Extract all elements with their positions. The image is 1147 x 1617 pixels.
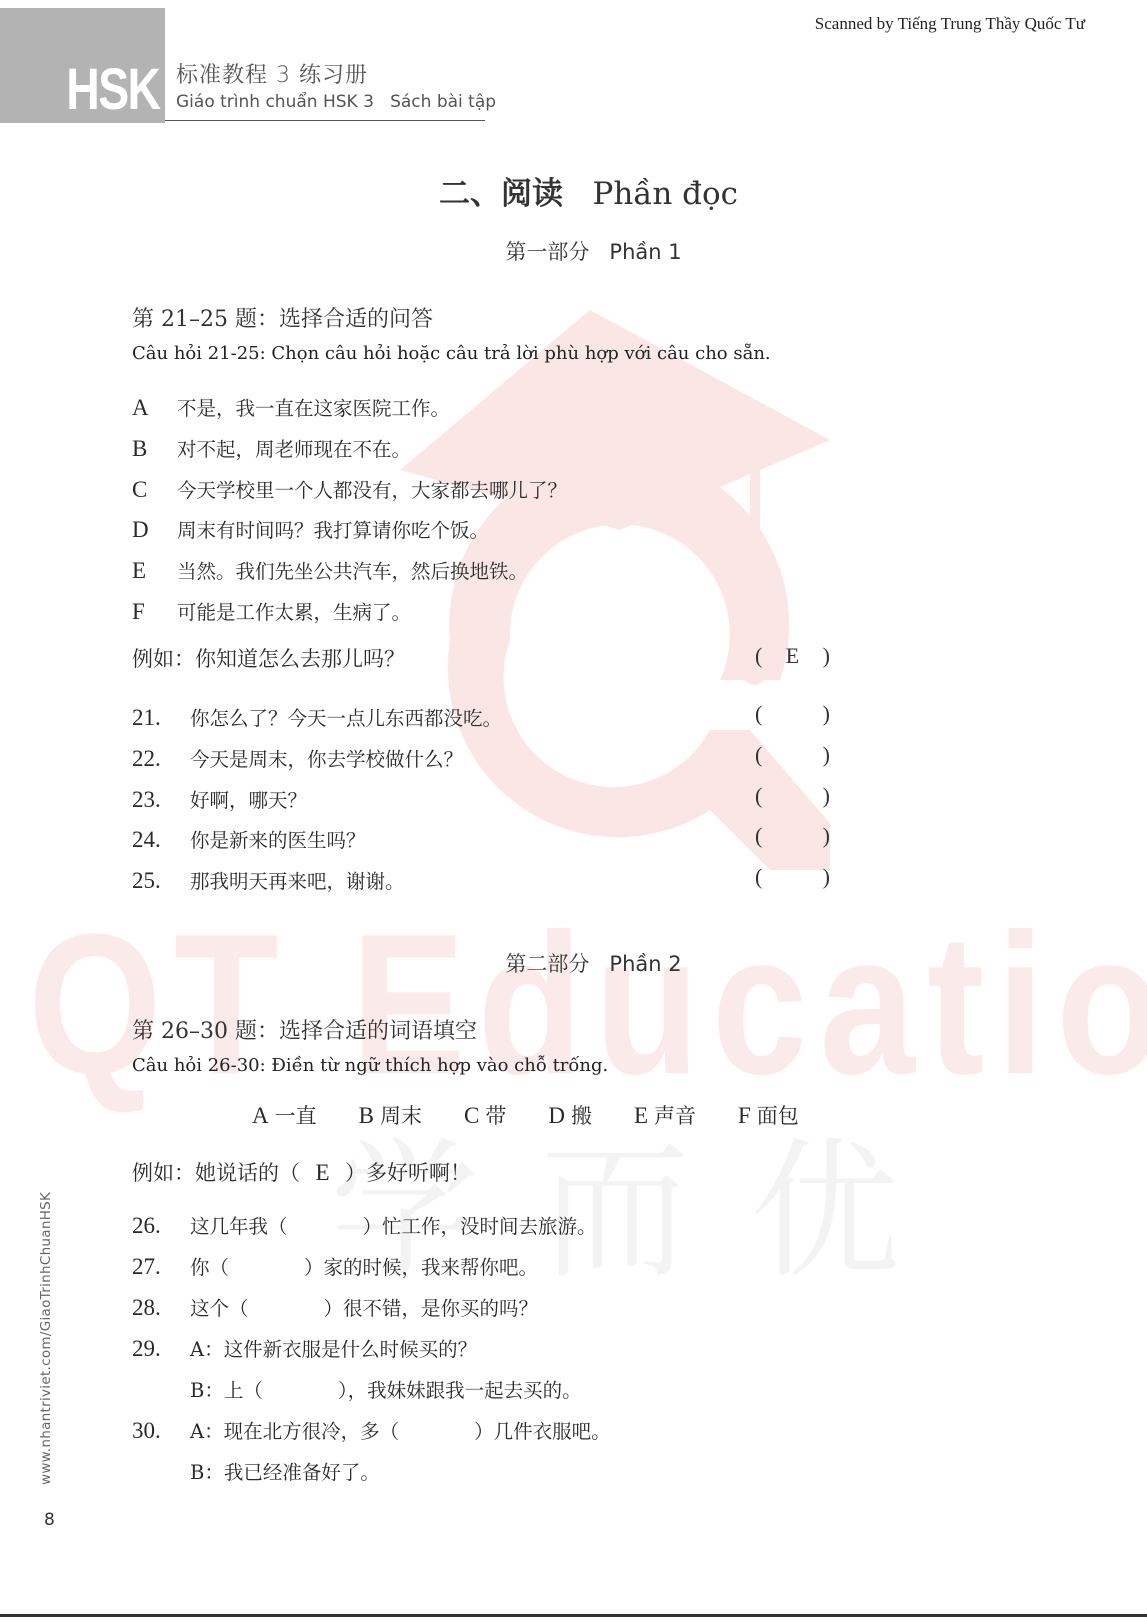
hsk-logo-block: HSK [0, 8, 165, 123]
word-bank-b: B周末 [359, 1100, 422, 1130]
option-a: A不是，我一直在这家医院工作。 [132, 393, 450, 421]
answer-25-field[interactable]: () [755, 864, 830, 890]
question-28: 28.这个（）很不错，是你买的吗？ [132, 1293, 538, 1321]
part1-instruction-vi: Câu hỏi 21-25: Chọn câu hỏi hoặc câu trả… [132, 343, 771, 364]
part2-example-answer: E [300, 1160, 345, 1186]
page-number: 8 [44, 1510, 55, 1530]
question-25: 25.那我明天再来吧，谢谢。 [132, 866, 405, 894]
option-c: C今天学校里一个人都没有，大家都去哪儿了？ [132, 475, 567, 503]
question-27: 27.你（）家的时候，我来帮你吧。 [132, 1252, 538, 1280]
question-22: 22.今天是周末，你去学校做什么？ [132, 744, 463, 772]
book-title-zh: 标准教程 3 练习册 [176, 58, 368, 89]
part2-title: 第二部分 Phần 2 [0, 948, 1147, 978]
section-title-vi: Phần đọc [593, 176, 739, 212]
part1-instruction-zh: 第 21–25 题：选择合适的问答 [132, 302, 433, 333]
word-bank-f: F面包 [738, 1100, 799, 1130]
part1-title: 第一部分 Phần 1 [0, 236, 1147, 266]
question-30-line-b: B：我已经准备好了。 [190, 1457, 380, 1485]
word-bank-e: E声音 [634, 1100, 696, 1130]
answer-21-field[interactable]: () [755, 701, 830, 727]
option-e: E当然。我们先坐公共汽车，然后换地铁。 [132, 556, 528, 584]
side-url: www.nhantriviet.com/GiaoTrinhChuanHSK [38, 1192, 54, 1485]
question-24: 24.你是新来的医生吗？ [132, 825, 366, 853]
section-title-zh: 二、阅读 [439, 176, 563, 212]
part2-example: 例如：她说话的（E）多好听啊！ [132, 1157, 471, 1187]
answer-22-field[interactable]: () [755, 742, 830, 768]
answer-23-field[interactable]: () [755, 783, 830, 809]
answer-24-field[interactable]: () [755, 823, 830, 849]
word-bank-a: A一直 [252, 1100, 317, 1130]
question-29: 29.A：这件新衣服是什么时候买的？ [132, 1334, 477, 1362]
option-f: F可能是工作太累，生病了。 [132, 597, 411, 625]
word-bank-c: C带 [464, 1100, 506, 1130]
header-divider [165, 120, 485, 121]
option-b: B对不起，周老师现在不在。 [132, 434, 411, 462]
hsk-logo-text: HSK [66, 61, 159, 119]
book-title-vi: Giáo trình chuẩn HSK 3 Sách bài tập [176, 92, 496, 112]
part1-example-answer: (E) [755, 643, 830, 669]
word-bank: A一直 B周末 C带 D搬 E声音 F面包 [252, 1100, 841, 1130]
part2-instruction-vi: Câu hỏi 26-30: Điền từ ngữ thích hợp vào… [132, 1055, 608, 1076]
question-30: 30.A：现在北方很冷，多（）几件衣服吧。 [132, 1416, 611, 1444]
question-23: 23.好啊，哪天？ [132, 785, 307, 813]
question-21: 21.你怎么了？今天一点儿东西都没吃。 [132, 703, 502, 731]
section-title: 二、阅读 Phần đọc [0, 168, 1147, 213]
option-d: D周末有时间吗？我打算请你吃个饭。 [132, 515, 489, 543]
question-26: 26.这几年我（）忙工作，没时间去旅游。 [132, 1211, 597, 1239]
question-29-line-b: B：上（），我妹妹跟我一起去买的。 [190, 1375, 582, 1403]
word-bank-d: D搬 [548, 1100, 592, 1130]
scanned-by-credit: Scanned by Tiếng Trung Thầy Quốc Tư [815, 14, 1085, 34]
part2-instruction-zh: 第 26–30 题：选择合适的词语填空 [132, 1014, 477, 1045]
part1-example: 例如：你知道怎么去那儿吗？ [132, 643, 405, 673]
